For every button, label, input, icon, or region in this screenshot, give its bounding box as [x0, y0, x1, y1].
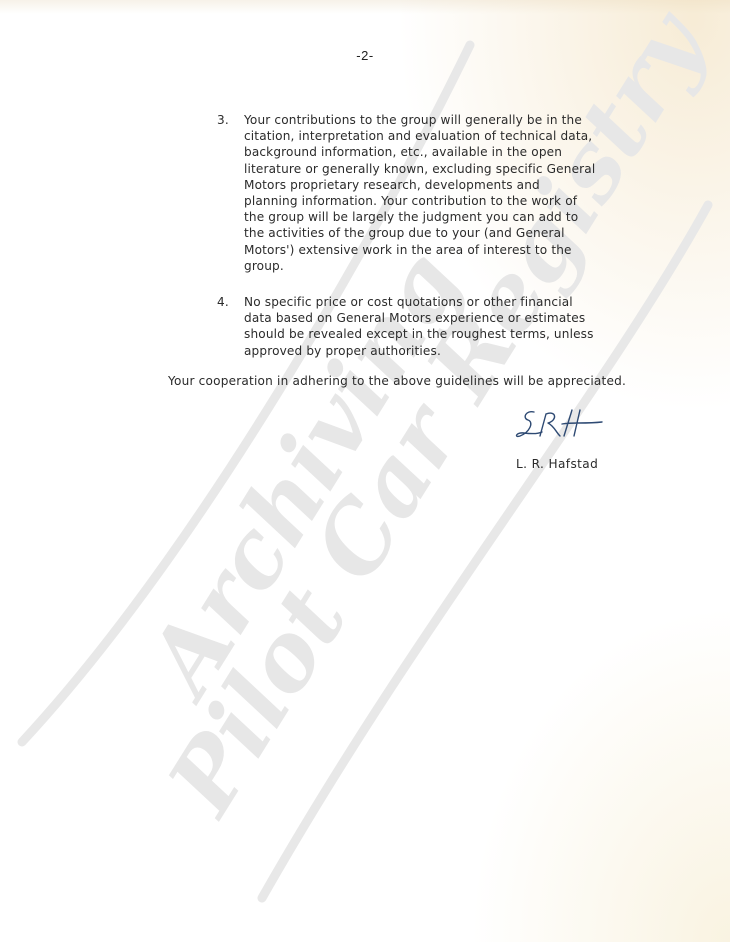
document-page: Archiving Pilot Car Registry -2- 3. Your… [0, 0, 730, 942]
signature-initials [512, 406, 607, 442]
signer-name: L. R. Hafstad [516, 457, 598, 471]
item-text: Your contributions to the group will gen… [244, 112, 597, 274]
list-item-3: 3. Your contributions to the group will … [217, 112, 597, 274]
list-item-4: 4. No specific price or cost quotations … [217, 294, 597, 359]
item-text: No specific price or cost quotations or … [244, 294, 597, 359]
item-number: 3. [217, 112, 239, 128]
closing-sentence: Your cooperation in adhering to the abov… [168, 374, 626, 388]
page-number: -2- [0, 48, 730, 63]
item-number: 4. [217, 294, 239, 310]
